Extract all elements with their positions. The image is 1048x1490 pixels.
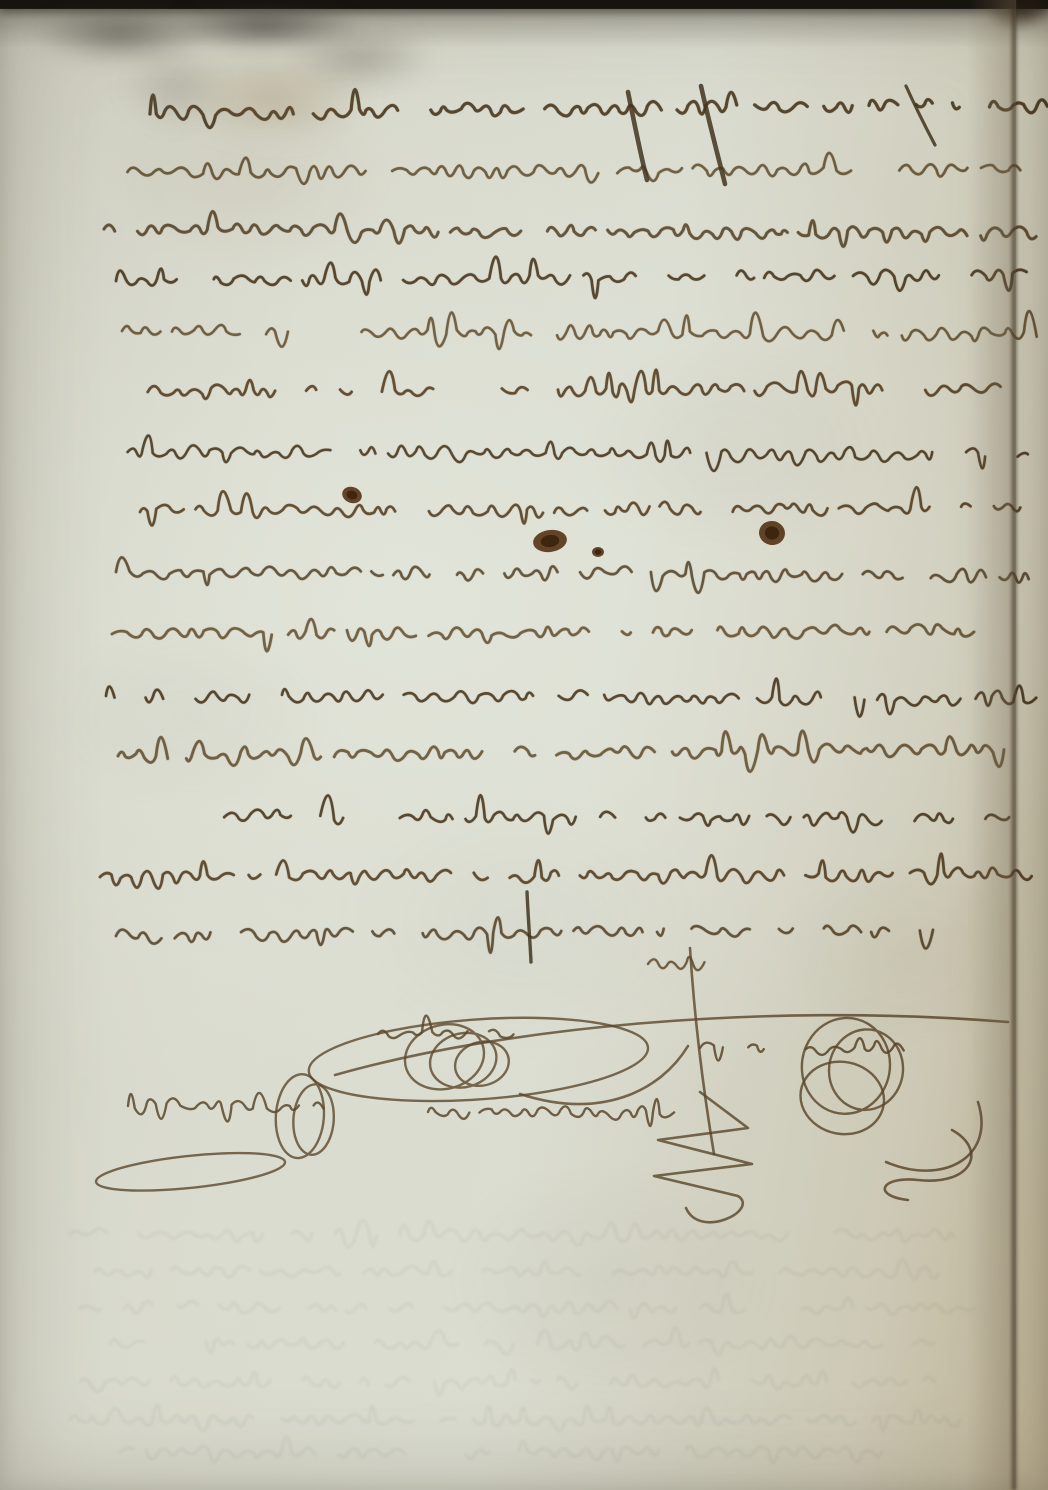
handwriting-line <box>122 308 1037 351</box>
signature-paraph-stroke <box>690 948 714 1154</box>
ghost-line <box>95 1260 938 1279</box>
signature-first <box>335 1015 1008 1104</box>
handwriting-text-block <box>100 82 1048 970</box>
brown-stain-tinge <box>175 52 375 142</box>
handwriting-line <box>128 435 1028 471</box>
manuscript-ink-layer <box>0 0 1048 1490</box>
handwriting-line <box>112 617 1030 652</box>
ink-stroke <box>122 308 1037 351</box>
handwriting-line <box>224 795 1032 835</box>
handwriting-line <box>148 368 1024 409</box>
ghost-line <box>120 1437 882 1463</box>
signature-paraph-loop <box>802 1018 903 1114</box>
right-page-edge-strip <box>1016 0 1048 1490</box>
pen-flourish-strokes <box>527 86 935 962</box>
ink-stroke <box>140 487 1020 526</box>
ink-blot <box>595 549 602 555</box>
right-page-fold-shadow <box>968 0 1016 1490</box>
ink-stroke <box>127 152 1020 184</box>
flourish-stroke <box>527 892 531 962</box>
ink-bleed <box>116 914 933 956</box>
handwriting-line <box>116 914 933 956</box>
handwriting-line <box>648 957 705 970</box>
ink-stroke <box>100 853 1032 888</box>
handwriting-line <box>118 729 1031 776</box>
ink-stroke <box>116 253 1045 302</box>
ink-bleed <box>140 487 1020 526</box>
flourish-stroke <box>906 86 935 145</box>
ink-bleed <box>127 152 1020 184</box>
verso-show-through-text <box>70 1220 974 1463</box>
ink-bleed <box>106 676 1036 717</box>
ghost-line <box>110 1328 934 1354</box>
handwriting-line <box>116 253 1045 302</box>
signature-paraph-loop <box>96 1153 285 1191</box>
ghost-line <box>80 1294 975 1319</box>
signature-paraph-stroke <box>654 1092 752 1222</box>
handwriting-line <box>140 487 1020 526</box>
signature-text <box>428 1099 674 1126</box>
handwriting-line <box>116 557 1029 594</box>
signature-paraph-loop <box>405 1024 509 1089</box>
signature-domanchin <box>96 948 971 1222</box>
ink-bleed <box>118 729 1031 776</box>
handwriting-line <box>106 676 1036 717</box>
handwriting-line <box>100 853 1032 888</box>
ink-bleed <box>224 795 1032 835</box>
manuscript-page-photo <box>0 0 1048 1490</box>
signature-paraph-loop <box>309 1018 648 1101</box>
ink-stroke <box>112 617 1030 652</box>
ink-stroke <box>224 795 1032 835</box>
ghost-line <box>70 1220 954 1247</box>
signature-delanue <box>309 1018 982 1171</box>
ink-bleed <box>116 557 1029 594</box>
ink-stroke <box>128 435 1028 471</box>
ink-bleed <box>100 853 1032 888</box>
ink-stroke <box>148 368 1024 409</box>
ink-blots <box>340 484 787 557</box>
signature-paraph-stroke <box>520 1046 688 1104</box>
handwriting-line <box>104 211 1036 248</box>
ink-stroke <box>116 914 933 956</box>
ink-bleed <box>122 308 1037 351</box>
handwriting-line <box>127 152 1020 184</box>
ghost-line <box>70 1405 960 1431</box>
ghost-line <box>80 1368 965 1395</box>
